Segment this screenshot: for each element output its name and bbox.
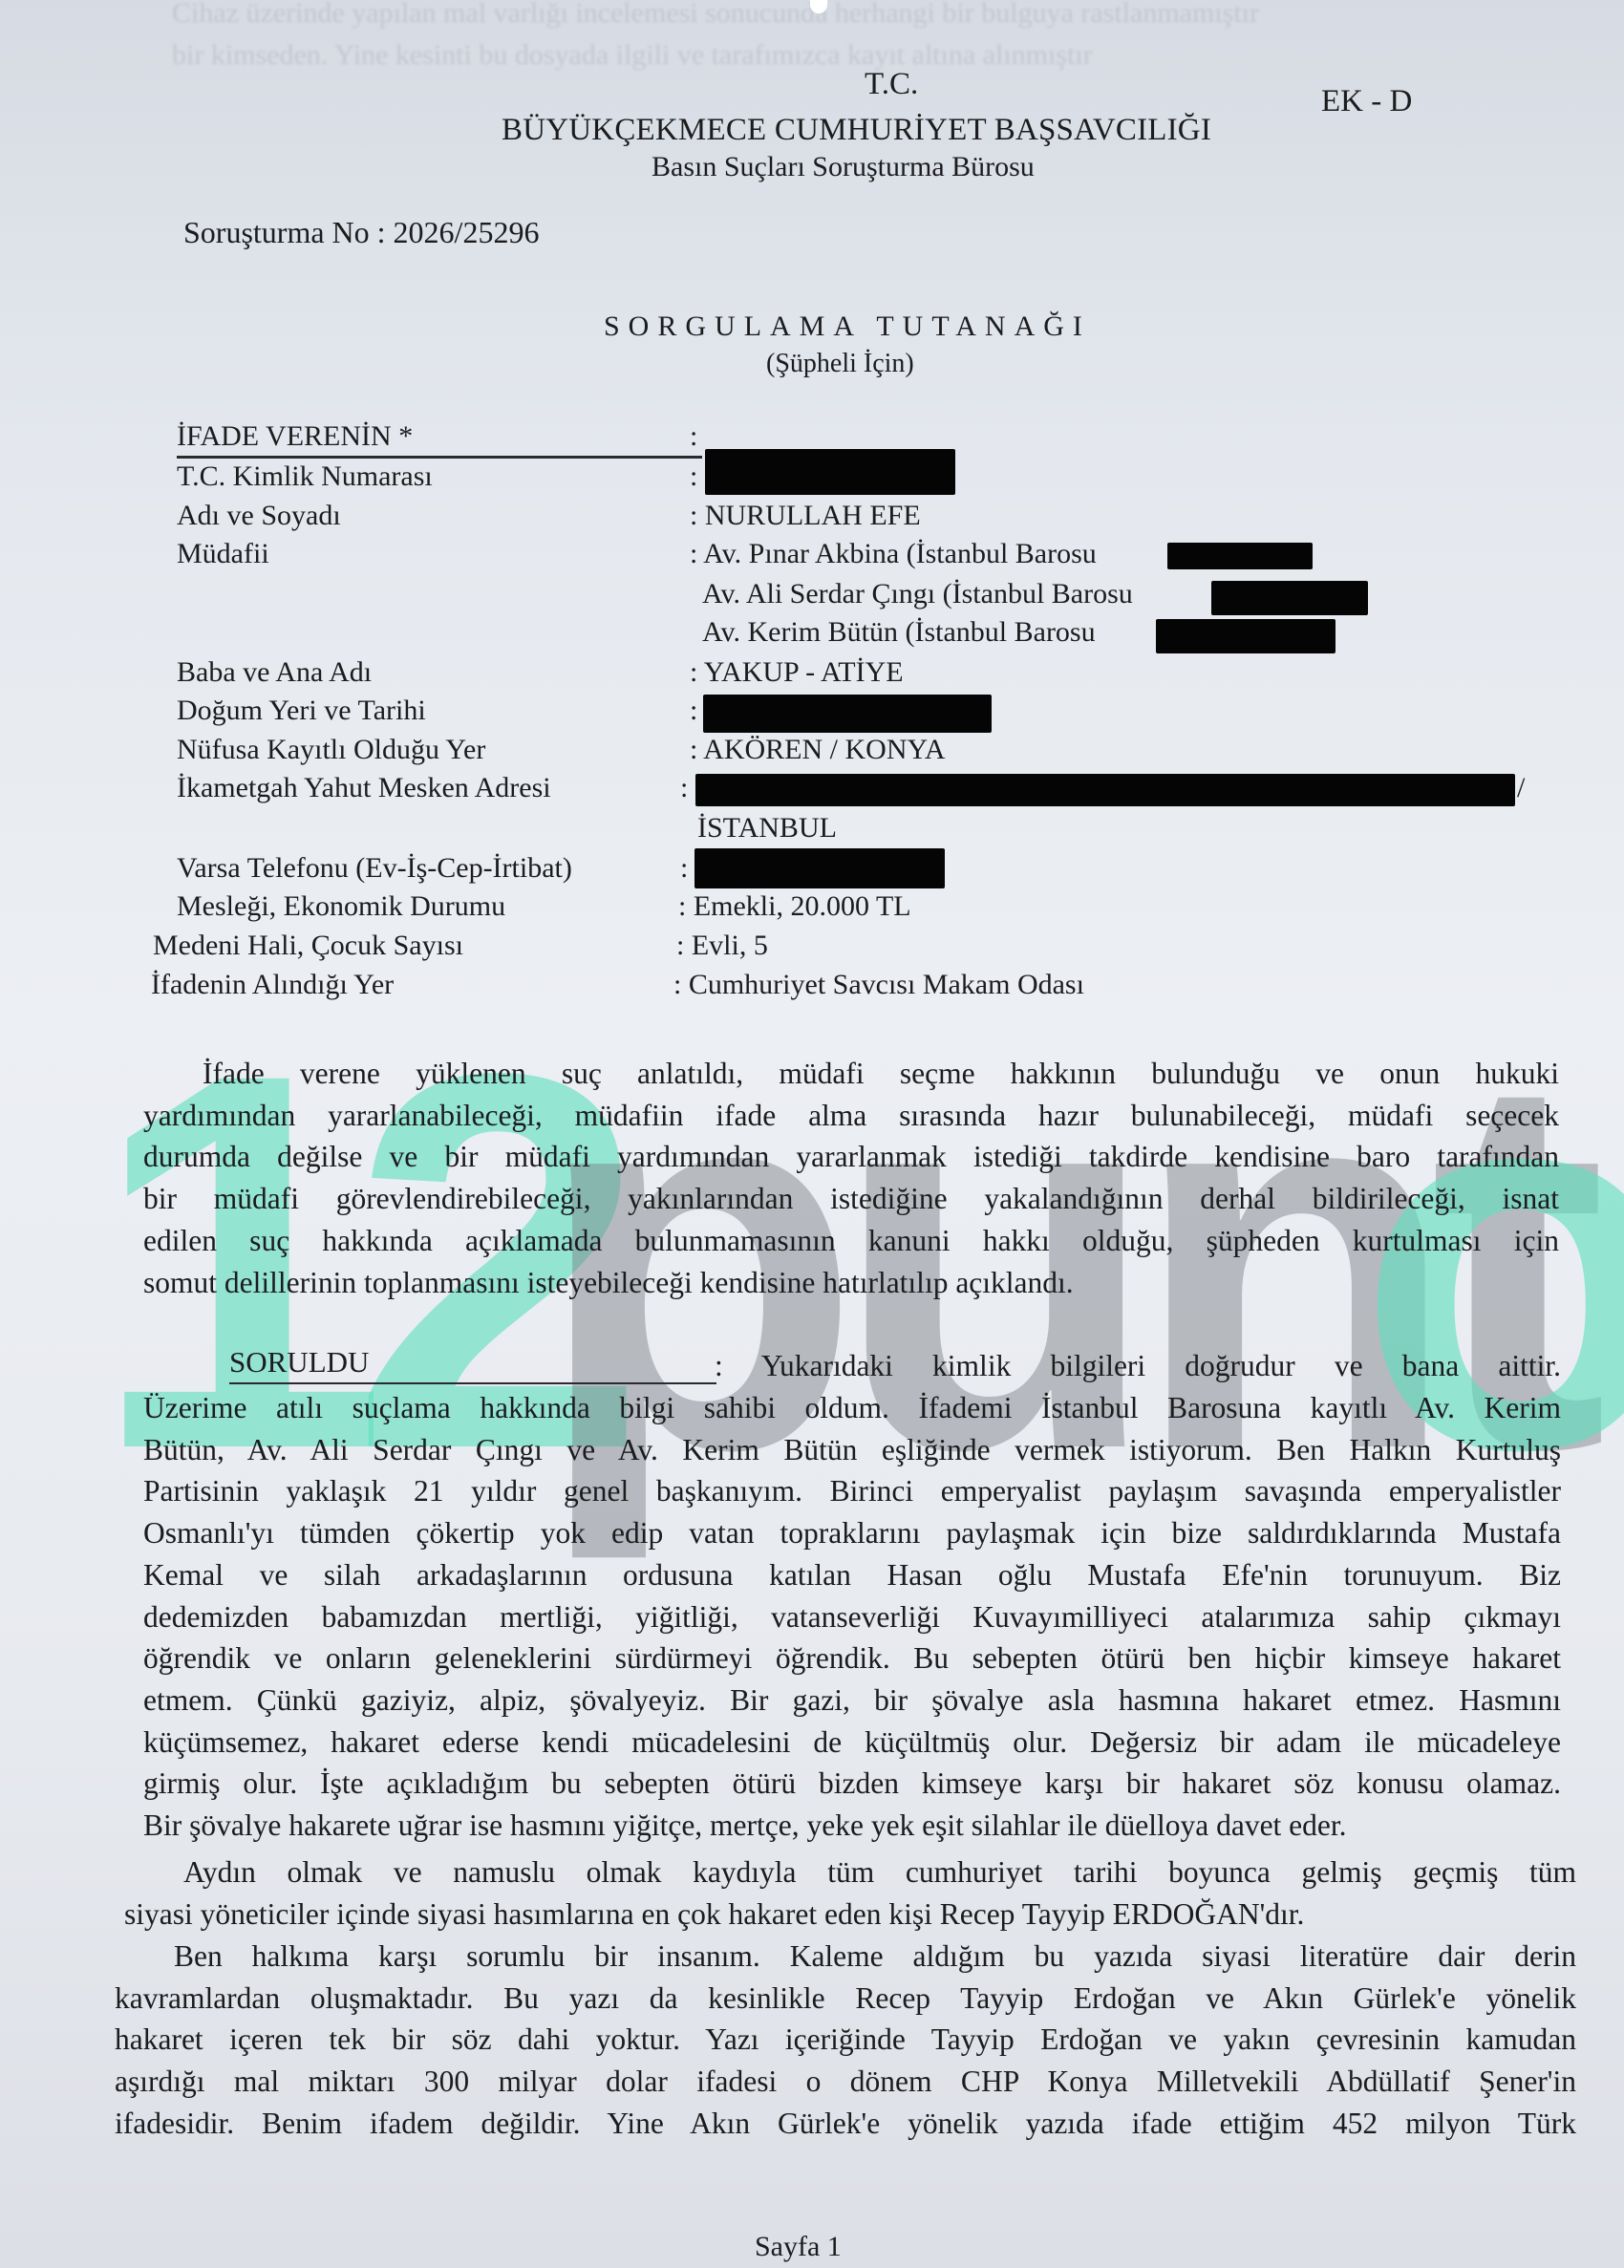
- name-label: Adı ve Soyadı: [177, 500, 341, 532]
- rights-paragraph: İfade verene yüklenen suç anlatıldı, müd…: [143, 1053, 1559, 1303]
- section-label: İFADE VERENİN *: [177, 420, 413, 453]
- name-value: : NURULLAH EFE: [690, 500, 921, 532]
- rights-line: bir müdafi görevlendirebileceği, yakınla…: [143, 1178, 1559, 1220]
- birth-redaction: [703, 695, 992, 733]
- question-first-line: : Yukarıdaki kimlik bilgileri doğrudur v…: [715, 1345, 1561, 1387]
- address-label: İkametgah Yahut Mesken Adresi: [177, 772, 551, 804]
- counsel-label: Müdafii: [177, 538, 269, 570]
- counsel-3: Av. Kerim Bütün (İstanbul Barosu: [702, 616, 1096, 649]
- question-label: SORULDU: [229, 1345, 369, 1380]
- address-redaction: [695, 774, 1515, 806]
- counsel-2-redaction: [1211, 581, 1368, 615]
- place-value: : Cumhuriyet Savcısı Makam Odası: [673, 969, 1084, 1001]
- job-value: : Emekli, 20.000 TL: [678, 890, 911, 923]
- answer-line: : Yukarıdaki kimlik bilgileri doğrudur v…: [715, 1345, 1561, 1387]
- document-title: SORGULAMA TUTANAĞI: [604, 310, 1091, 343]
- question-underline: [229, 1382, 716, 1384]
- bleed-through-text: bir kimseden. Yine kesinti bu dosyada il…: [172, 34, 1093, 76]
- address-city: İSTANBUL: [697, 812, 837, 845]
- paragraph-2: Aydın olmak ve namuslu olmak kaydıyla tü…: [124, 1851, 1576, 1935]
- phone-colon: :: [680, 852, 688, 885]
- parents-value: : YAKUP - ATİYE: [690, 656, 904, 689]
- phone-redaction: [694, 848, 945, 888]
- paragraph-3: Ben halkıma karşı sorumlu bir insanım. K…: [115, 1936, 1576, 2145]
- tc-colon: :: [690, 460, 697, 493]
- rights-line: durumda değilse ve bir müdafi yardımında…: [143, 1136, 1559, 1178]
- document-subtitle: (Şüpheli İçin): [766, 349, 914, 379]
- paragraph-3-line: hakaret içeren tek bir söz dahi yoktur. …: [115, 2019, 1576, 2061]
- answer-line: girmiş olur. İşte açıkladığım bu sebepte…: [143, 1763, 1561, 1805]
- investigation-value: 2026/25296: [394, 215, 540, 249]
- answer-line: dedemizden babamızdan mertliği, yiğitliğ…: [143, 1596, 1561, 1638]
- paragraph-3-line: Ben halkıma karşı sorumlu bir insanım. K…: [115, 1936, 1576, 1978]
- registry-value: : AKÖREN / KONYA: [690, 734, 946, 766]
- rights-line: İfade verene yüklenen suç anlatıldı, müd…: [143, 1053, 1559, 1095]
- birth-colon: :: [690, 695, 697, 727]
- investigation-number: Soruşturma No : 2026/25296: [183, 215, 539, 250]
- bleed-through-text: Cihaz üzerinde yapılan mal varlığı incel…: [172, 0, 1259, 34]
- answer-line: Kemal ve silah arkadaşlarının ordusuna k…: [143, 1554, 1561, 1596]
- page-number: Sayfa 1: [755, 2231, 842, 2263]
- answer-line: küçümsemez, hakaret ederse kendi mücadel…: [143, 1722, 1561, 1764]
- paragraph-3-line: kavramlardan oluşmaktadır. Bu yazı da ke…: [115, 1978, 1576, 2020]
- birth-label: Doğum Yeri ve Tarihi: [177, 695, 426, 727]
- counsel-1: : Av. Pınar Akbina (İstanbul Barosu: [690, 538, 1097, 570]
- paragraph-2-line: Aydın olmak ve namuslu olmak kaydıyla tü…: [124, 1851, 1576, 1894]
- answer-paragraph: Üzerime atılı suçlama hakkında bilgi sah…: [143, 1387, 1561, 1847]
- job-label: Mesleği, Ekonomik Durumu: [177, 890, 505, 923]
- rights-line: somut delillerinin toplanmasını isteyebi…: [143, 1262, 1559, 1304]
- answer-line: Bir şövalye hakarete uğrar ise hasmını y…: [143, 1805, 1561, 1847]
- address-slash: /: [1517, 772, 1525, 804]
- address-colon: :: [680, 772, 688, 804]
- place-label: İfadenin Alındığı Yer: [151, 969, 394, 1001]
- answer-line: Üzerime atılı suçlama hakkında bilgi sah…: [143, 1387, 1561, 1429]
- annex-label: EK - D: [1321, 84, 1412, 119]
- rights-line: yardımından yararlanabileceği, müdafiin …: [143, 1095, 1559, 1137]
- answer-line: Osmanlı'yı tümden çökertip yok edip vata…: [143, 1512, 1561, 1554]
- bureau-name: Basın Suçları Soruşturma Bürosu: [652, 151, 1035, 183]
- counsel-1-redaction: [1167, 543, 1313, 569]
- section-colon: :: [690, 420, 697, 453]
- counsel-3-redaction: [1156, 619, 1336, 653]
- marital-value: : Evli, 5: [676, 930, 768, 962]
- counsel-2: Av. Ali Serdar Çıngı (İstanbul Barosu: [702, 578, 1133, 610]
- marital-label: Medeni Hali, Çocuk Sayısı: [153, 930, 463, 962]
- tc-label: T.C. Kimlik Numarası: [177, 460, 433, 493]
- paragraph-2-line: siyasi yöneticiler içinde siyasi hasımla…: [124, 1894, 1576, 1936]
- paragraph-3-line: ifadesidir. Benim ifadem değildir. Yine …: [115, 2103, 1576, 2145]
- answer-line: Bütün, Av. Ali Serdar Çıngı ve Av. Kerim…: [143, 1429, 1561, 1471]
- answer-line: etmem. Çünkü gaziyiz, alpiz, şövalyeyiz.…: [143, 1680, 1561, 1722]
- registry-label: Nüfusa Kayıtlı Olduğu Yer: [177, 734, 485, 766]
- section-underline: [177, 456, 702, 459]
- parents-label: Baba ve Ana Adı: [177, 656, 372, 689]
- tc-redaction: [705, 449, 955, 495]
- investigation-label: Soruşturma No: [183, 215, 370, 249]
- country-label: T.C.: [865, 67, 918, 102]
- institution-name: BÜYÜKÇEKMECE CUMHURİYET BAŞSAVCILIĞI: [502, 113, 1211, 148]
- rights-line: edilen suç hakkında açıklamada bulunmama…: [143, 1220, 1559, 1262]
- phone-label: Varsa Telefonu (Ev-İş-Cep-İrtibat): [177, 852, 572, 885]
- answer-line: Partisinin yaklaşık 21 yıldır genel başk…: [143, 1470, 1561, 1512]
- answer-line: öğrendik ve onların geleneklerini sürdür…: [143, 1637, 1561, 1680]
- paragraph-3-line: aşırdığı mal miktarı 300 milyar dolar if…: [115, 2061, 1576, 2103]
